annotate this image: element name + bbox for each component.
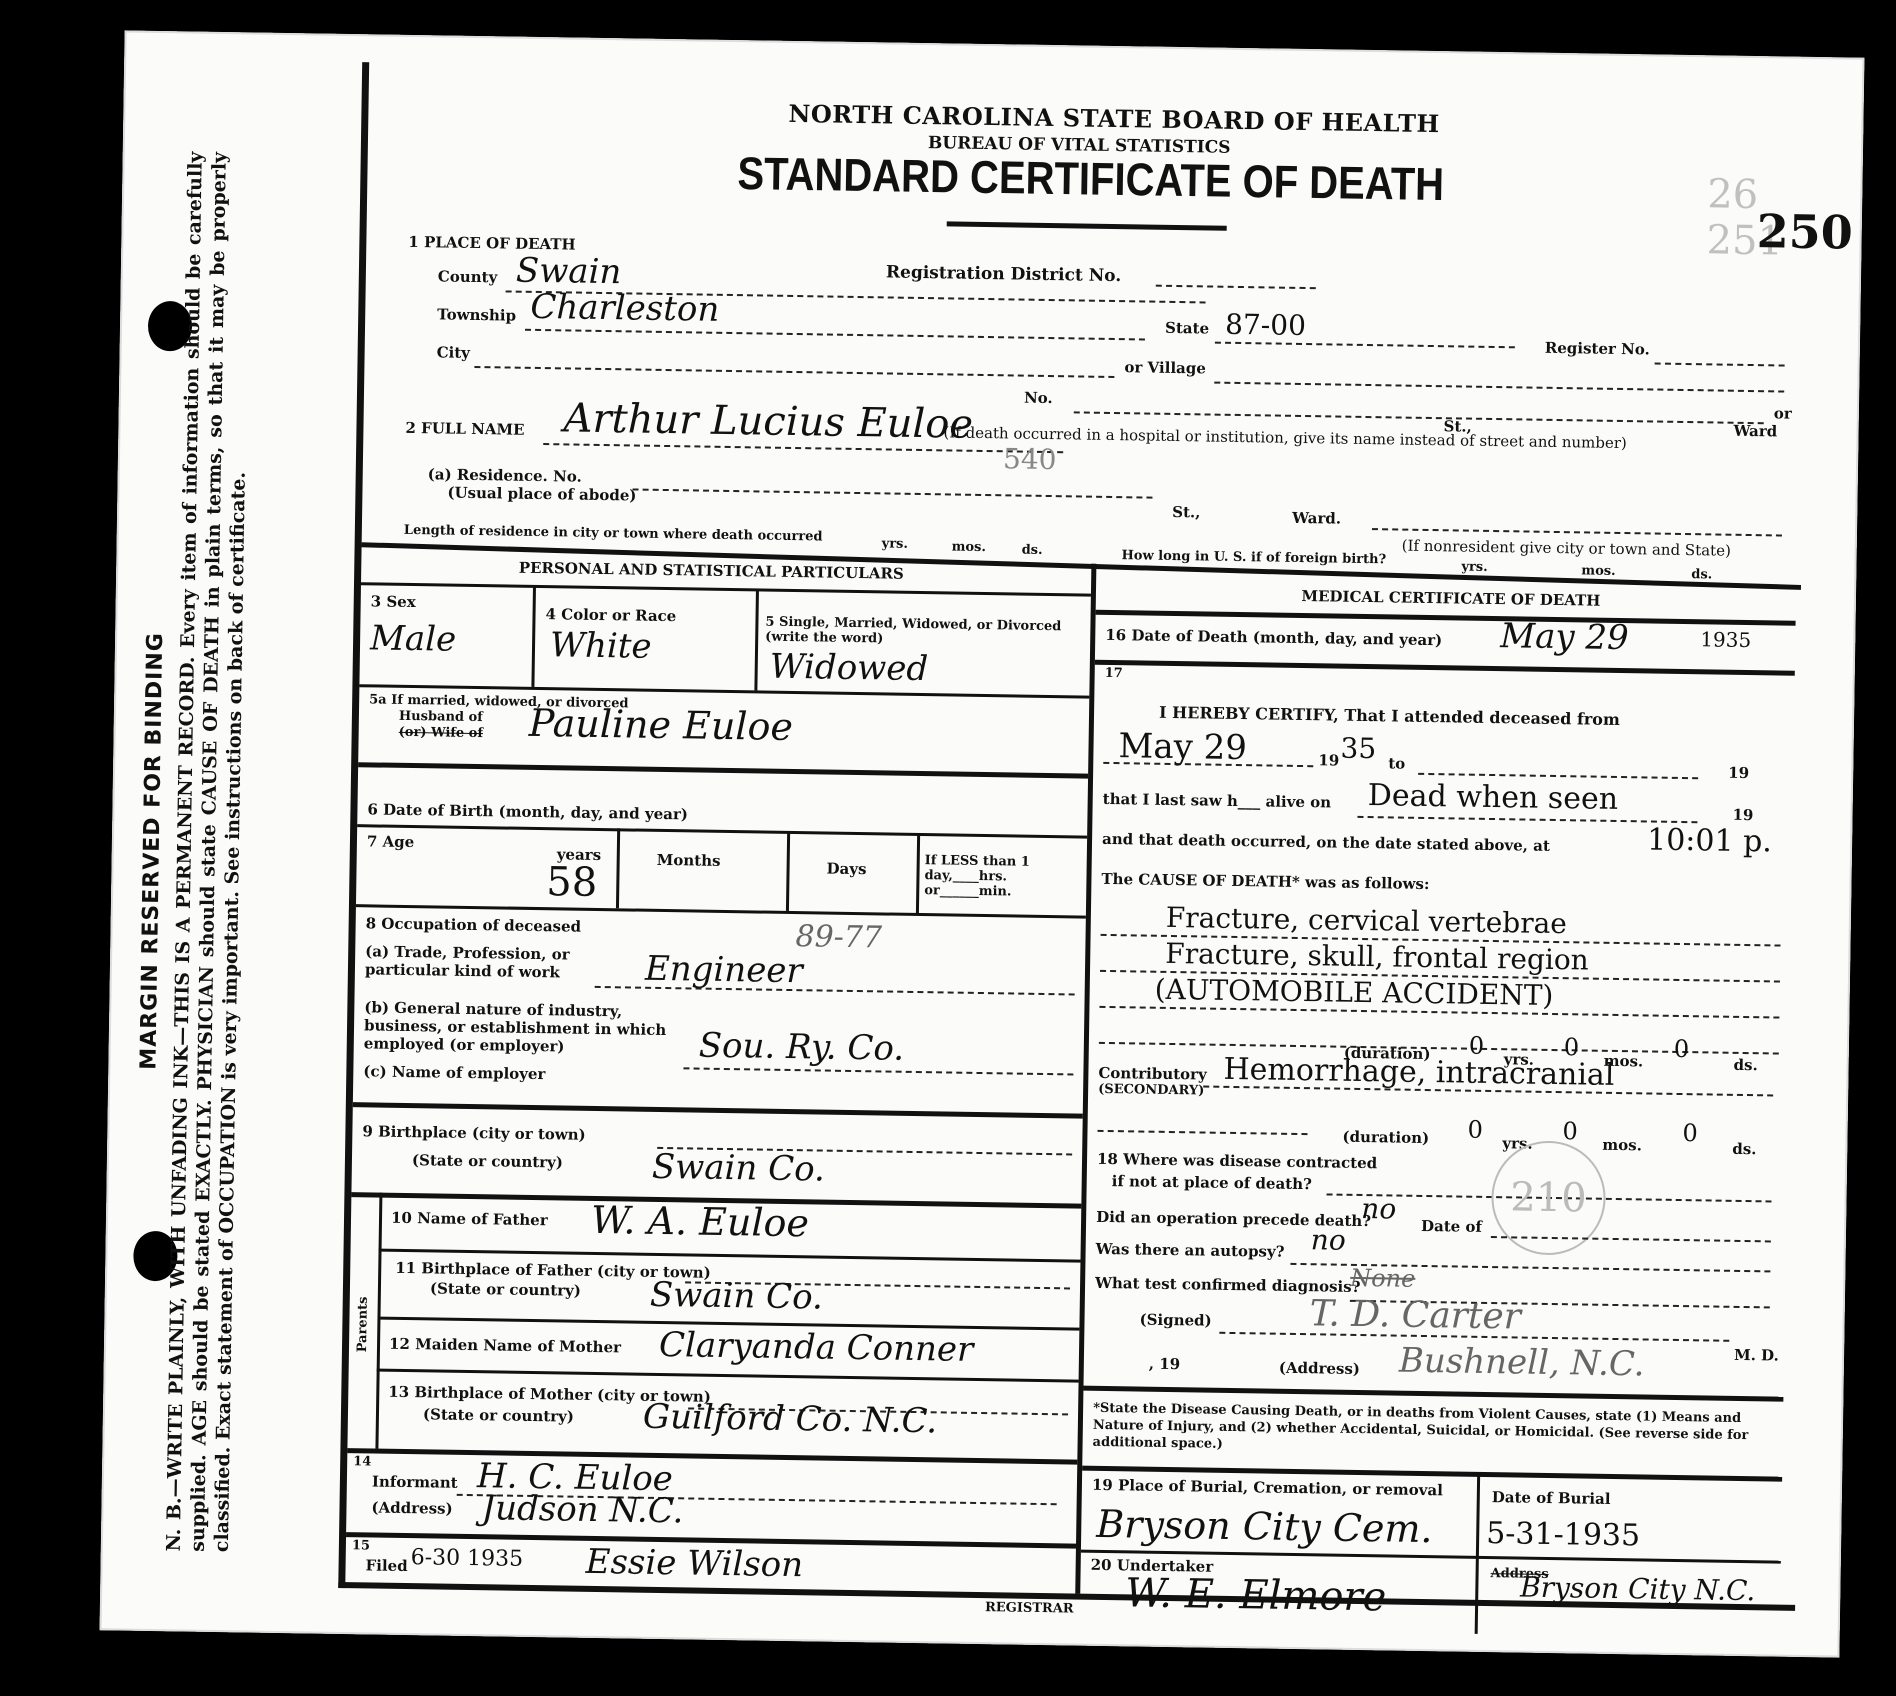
test-field[interactable]: None <box>1350 1264 1416 1293</box>
margin-instructions: N. B.—WRITE PLAINLY, WITH UNFADING INK—T… <box>161 111 256 1592</box>
death-time-label: and that death occurred, on the date sta… <box>1102 830 1550 855</box>
days-label: Days <box>826 860 866 879</box>
cause-footnote: *State the Disease Causing Death, or in … <box>1092 1400 1773 1462</box>
father-birthplace-state-label: (State or country) <box>430 1279 581 1299</box>
item-14-number: 14 <box>353 1454 371 1469</box>
page-title: STANDARD CERTIFICATE OF DEATH <box>737 149 1444 212</box>
certificate-number: 250 <box>1756 204 1853 260</box>
filed-label: Filed <box>365 1556 407 1575</box>
contracted-label-2: if not at place of death? <box>1112 1172 1312 1193</box>
md-label: M. D. <box>1734 1346 1779 1365</box>
father-field[interactable]: W. A. Euloe <box>591 1198 810 1245</box>
binding-margin: MARGIN RESERVED FOR BINDING N. B.—WRITE … <box>128 111 256 1592</box>
secondary-label: (SECONDARY) <box>1098 1082 1204 1099</box>
operation-field[interactable]: no <box>1361 1192 1396 1226</box>
marital-status-label: 5 Single, Married, Widowed, or Divorced … <box>765 615 1085 650</box>
residence-st-label: St., <box>1172 503 1200 521</box>
father-birthplace-field[interactable]: Swain Co. <box>650 1275 824 1318</box>
father-label: 10 Name of Father <box>391 1209 548 1229</box>
st-label: St., <box>1443 417 1471 435</box>
item-15-number: 15 <box>352 1538 370 1553</box>
informant-address-label: (Address) <box>371 1498 452 1517</box>
months-label: Months <box>657 851 721 870</box>
to-label: to <box>1388 754 1405 772</box>
township-label: Township <box>437 305 516 324</box>
burial-date-field[interactable]: 5-31-1935 <box>1486 1516 1640 1553</box>
duration-1-ds-label: ds. <box>1733 1056 1757 1074</box>
residence-ward-label: Ward. <box>1292 509 1341 528</box>
to-year-prefix: 19 <box>1728 764 1749 782</box>
industry-field[interactable]: Sou. Ry. Co. <box>698 1026 904 1069</box>
age-years-field[interactable]: 58 <box>546 859 598 906</box>
sex-label: 3 Sex <box>371 592 416 611</box>
undertaker-address-field[interactable]: Bryson City N.C. <box>1495 1570 1756 1608</box>
dob-label: 6 Date of Birth (month, day, and year) <box>367 800 688 823</box>
cause-line-3[interactable]: (AUTOMOBILE ACCIDENT) <box>1154 973 1553 1012</box>
us-ds-label: ds. <box>1691 567 1712 582</box>
ward-label: Ward <box>1733 422 1777 441</box>
item-17-number: 17 <box>1105 666 1123 681</box>
attended-year-field[interactable]: 35 <box>1340 732 1376 766</box>
mother-birthplace-state-label: (State or country) <box>423 1405 574 1425</box>
trade-label: (a) Trade, Profession, or particular kin… <box>365 942 626 982</box>
certificate-form: NORTH CAROLINA STATE BOARD OF HEALTH BUR… <box>338 62 1819 1611</box>
duration-2-label: (duration) <box>1342 1128 1429 1147</box>
us-yrs-label: yrs. <box>1461 559 1487 574</box>
birthplace-state-label: (State or country) <box>412 1151 563 1171</box>
duration-2-yrs[interactable]: 0 <box>1467 1116 1483 1144</box>
dod-field[interactable]: May 29 <box>1500 616 1629 658</box>
trade-field[interactable]: Engineer <box>645 949 803 991</box>
residence-sub-label: (Usual place of abode) <box>447 484 636 505</box>
dod-label: 16 Date of Death (month, day, and year) <box>1105 626 1442 649</box>
undertaker-field[interactable]: W. E. Elmore <box>1125 1570 1387 1620</box>
registrar-label: REGISTRAR <box>985 1600 1074 1616</box>
physician-address-field[interactable]: Bushnell, N.C. <box>1399 1341 1645 1385</box>
certify-label: I HEREBY CERTIFY, That I attended deceas… <box>1159 703 1620 729</box>
cause-line-2[interactable]: Fracture, skull, frontal region <box>1165 937 1589 977</box>
signed-year-prefix: , 19 <box>1149 1355 1181 1373</box>
spouse-field[interactable]: Pauline Euloe <box>529 701 794 749</box>
filed-date-field[interactable]: 6-30 1935 <box>411 1545 524 1572</box>
street-no-label: No. <box>1024 389 1053 407</box>
spouse-label-2: Husband of <box>399 709 483 725</box>
last-saw-year-prefix: 19 <box>1732 806 1753 824</box>
death-time-field[interactable]: 10:01 p. <box>1647 822 1772 859</box>
physician-address-label: (Address) <box>1279 1359 1360 1378</box>
last-saw-label: that I last saw h___ alive on <box>1103 790 1332 812</box>
burial-place-label: 19 Place of Burial, Cremation, or remova… <box>1092 1476 1443 1500</box>
mother-label: 12 Maiden Name of Mother <box>389 1335 621 1357</box>
duration-1-ds[interactable]: 0 <box>1674 1035 1690 1063</box>
state-field[interactable]: 87-00 <box>1225 308 1306 342</box>
state-label: State <box>1165 319 1209 338</box>
dod-year-field[interactable]: 1935 <box>1700 627 1751 652</box>
duration-2-ds-label: ds. <box>1732 1140 1756 1158</box>
duration-2-mos-label: mos. <box>1602 1136 1642 1155</box>
occupation-label: 8 Occupation of deceased <box>366 914 582 935</box>
us-mos-label: mos. <box>1581 563 1616 579</box>
attended-from-field[interactable]: May 29 <box>1118 726 1247 768</box>
mother-birthplace-field[interactable]: Guilford Co. N.C. <box>643 1397 938 1442</box>
marital-status-field[interactable]: Widowed <box>769 647 928 689</box>
spouse-label-3: (or) Wife of <box>399 725 484 741</box>
full-name-label: 2 FULL NAME <box>405 419 524 439</box>
parents-label: Parents <box>355 1296 371 1352</box>
industry-label: (b) General nature of industry, business… <box>364 998 685 1057</box>
board-title: NORTH CAROLINA STATE BOARD OF HEALTH <box>788 99 1440 138</box>
village-label: or Village <box>1124 358 1206 377</box>
length-of-residence-label: Length of residence in city or town wher… <box>404 523 823 545</box>
contributory-field[interactable]: Hemorrhage, intracranial <box>1223 1052 1614 1093</box>
reg-district-label: Registration District No. <box>886 262 1122 286</box>
burial-date-label: Date of Burial <box>1492 1488 1611 1508</box>
title-rule <box>947 221 1227 230</box>
city-label: City <box>437 343 471 362</box>
duration-2-ds[interactable]: 0 <box>1682 1119 1698 1147</box>
township-field[interactable]: Charleston <box>530 287 720 330</box>
residence-label: (a) Residence. No. <box>428 465 582 485</box>
age-label: 7 Age <box>367 832 415 851</box>
nonresident-note: (If nonresident give city or town and St… <box>1402 537 1731 560</box>
year-prefix: 19 <box>1318 751 1339 769</box>
sex-field[interactable]: Male <box>370 618 457 659</box>
race-field[interactable]: White <box>550 625 652 667</box>
autopsy-label: Was there an autopsy? <box>1096 1240 1285 1261</box>
informant-label: Informant <box>372 1472 458 1491</box>
ds-label: ds. <box>1022 543 1043 558</box>
signed-label: (Signed) <box>1139 1311 1211 1330</box>
autopsy-field[interactable]: no <box>1311 1223 1346 1257</box>
medical-section-title: MEDICAL CERTIFICATE OF DEATH <box>1121 584 1781 612</box>
contributory-label: Contributory <box>1098 1064 1207 1084</box>
birthplace-label: 9 Birthplace (city or town) <box>362 1122 586 1144</box>
cause-label: The CAUSE OF DEATH* was as follows: <box>1101 870 1429 893</box>
informant-address-field[interactable]: Judson N.C. <box>481 1488 684 1531</box>
us-residence-label: How long in U. S. if of foreign birth? <box>1121 548 1386 567</box>
name-annotation: 540 <box>1003 442 1057 476</box>
occupation-code: 89-77 <box>795 919 882 955</box>
burial-place-field[interactable]: Bryson City Cem. <box>1096 1502 1433 1551</box>
last-saw-field[interactable]: Dead when seen <box>1368 778 1619 817</box>
less-than-day-label: If LESS than 1 day,____hrs. or______min. <box>924 853 1075 900</box>
employer-label: (c) Name of employer <box>363 1062 545 1083</box>
register-no-label: Register No. <box>1545 339 1650 359</box>
cause-line-1[interactable]: Fracture, cervical vertebrae <box>1166 901 1568 940</box>
yrs-label: yrs. <box>882 536 908 551</box>
county-label: County <box>438 267 498 286</box>
mother-field[interactable]: Claryanda Conner <box>659 1325 974 1370</box>
duration-2-mos[interactable]: 0 <box>1562 1117 1578 1145</box>
or-label: or <box>1774 404 1792 422</box>
birthplace-field[interactable]: Swain Co. <box>652 1147 826 1190</box>
race-label: 4 Color or Race <box>545 605 676 625</box>
mos-label: mos. <box>952 539 987 555</box>
physician-signature[interactable]: T. D. Carter <box>1309 1293 1521 1337</box>
contracted-label-1: 18 Where was disease contracted <box>1097 1150 1377 1172</box>
operation-date-label: Date of <box>1421 1217 1482 1236</box>
registrar-signature[interactable]: Essie Wilson <box>585 1542 803 1585</box>
death-certificate: MARGIN RESERVED FOR BINDING N. B.—WRITE … <box>100 30 1865 1657</box>
full-name-field[interactable]: Arthur Lucius Euloe <box>563 395 973 447</box>
